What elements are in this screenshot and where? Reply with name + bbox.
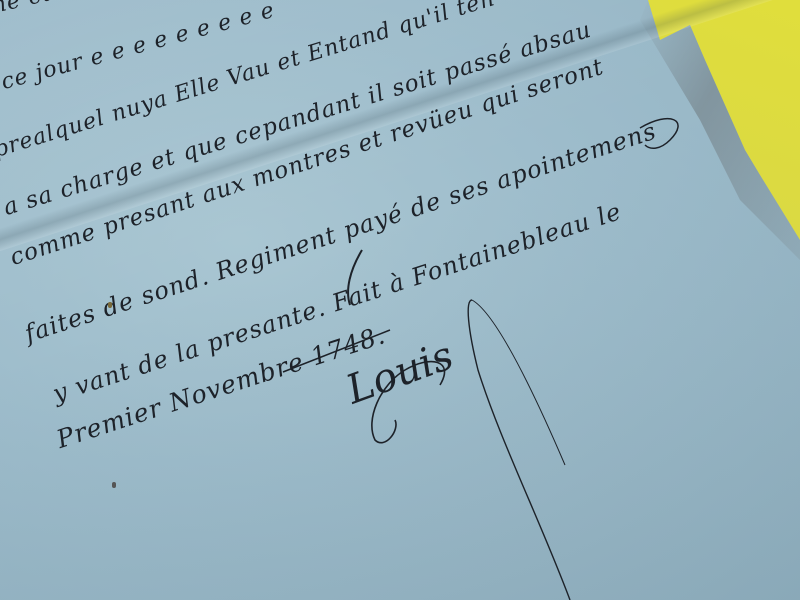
ink-flourishes	[0, 0, 800, 600]
fait-capital-stroke	[348, 250, 362, 305]
date-underline-stroke	[283, 330, 390, 372]
paraph-long-stroke	[468, 300, 570, 600]
paraph-return-stroke	[472, 300, 565, 465]
signature-flourish	[372, 362, 445, 443]
line-end-flourish	[640, 119, 678, 149]
ink-spot	[108, 302, 112, 308]
ink-spot	[112, 482, 116, 488]
